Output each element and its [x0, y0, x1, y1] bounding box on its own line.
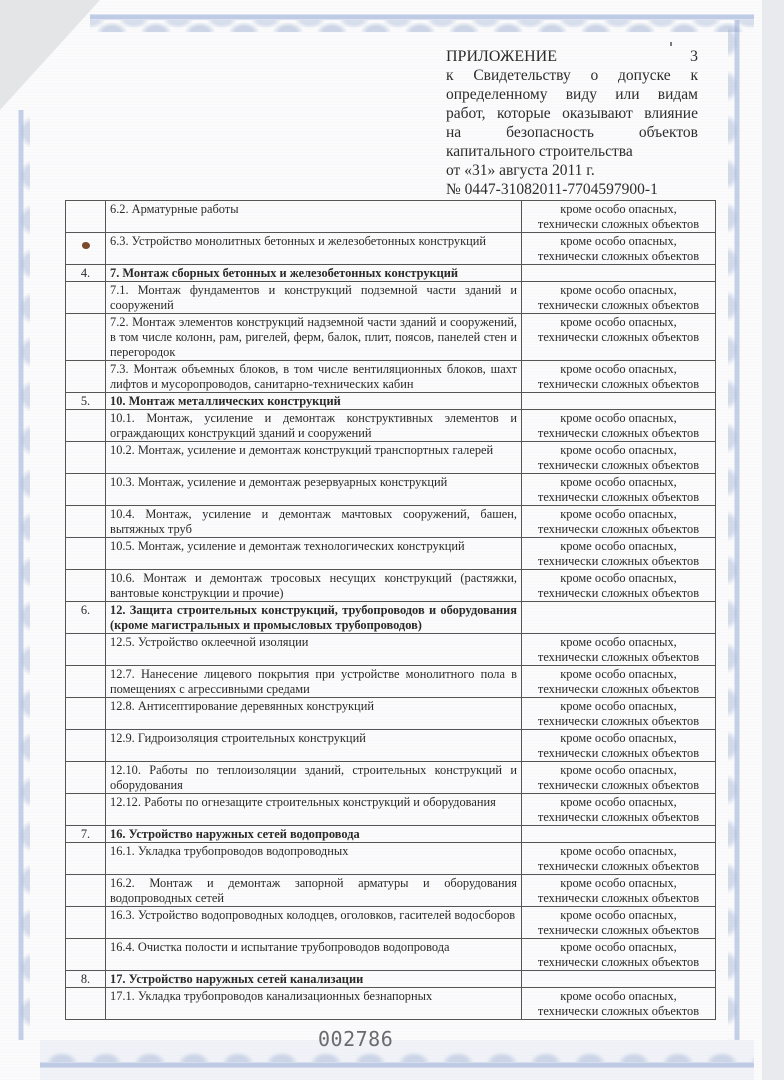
word: на	[446, 123, 461, 142]
row-number: 4.	[66, 265, 106, 282]
work-description: 16.3. Устройство водопроводных колодцев,…	[106, 907, 522, 939]
note-line-2: технически сложных объектов	[526, 522, 711, 537]
serial-number: 002786	[318, 1027, 393, 1051]
table-row: 16.4. Очистка полости и испытание трубоп…	[66, 939, 716, 971]
note-line-1: кроме особо опасных,	[526, 539, 711, 554]
restriction-note: кроме особо опасных,технически сложных о…	[522, 939, 716, 971]
restriction-note: кроме особо опасных,технически сложных о…	[522, 474, 716, 506]
table-row: 10.1. Монтаж, усиление и демонтаж констр…	[66, 410, 716, 442]
row-number: 8.	[66, 971, 106, 988]
table-row: 10.5. Монтаж, усиление и демонтаж технол…	[66, 538, 716, 570]
note-line-1: кроме особо опасных,	[526, 411, 711, 426]
guilloche-border-bottom	[40, 1040, 754, 1080]
row-number	[66, 634, 106, 666]
row-number	[66, 314, 106, 361]
note-line-2: технически сложных объектов	[526, 1004, 711, 1019]
row-number	[66, 410, 106, 442]
works-table: 6.2. Арматурные работыкроме особо опасны…	[65, 200, 716, 1020]
note-line-2: технически сложных объектов	[526, 249, 711, 264]
work-description: 12.7. Нанесение лицевого покрытия при ус…	[106, 666, 522, 698]
row-number	[66, 201, 106, 233]
table-row: 12.12. Работы по огнезащите строительных…	[66, 794, 716, 826]
work-description: 12.10. Работы по теплоизоляции зданий, с…	[106, 762, 522, 794]
section-title: 7. Монтаж сборных бетонных и железобетон…	[106, 265, 522, 282]
work-description: 7.1. Монтаж фундаментов и конструкций по…	[106, 282, 522, 314]
note-line-2: технически сложных объектов	[526, 650, 711, 665]
table-row: 6.2. Арматурные работыкроме особо опасны…	[66, 201, 716, 233]
section-row: 7.16. Устройство наружных сетей водопров…	[66, 826, 716, 843]
note-line-2: технически сложных объектов	[526, 554, 711, 569]
note-line-1: кроме особо опасных,	[526, 699, 711, 714]
restriction-note: кроме особо опасных,технически сложных о…	[522, 730, 716, 762]
restriction-note: кроме особо опасных,технически сложных о…	[522, 794, 716, 826]
note-line-1: кроме особо опасных,	[526, 876, 711, 891]
section-title: 17. Устройство наружных сетей канализаци…	[106, 971, 522, 988]
restriction-note: кроме особо опасных,технически сложных о…	[522, 875, 716, 907]
note-line-1: кроме особо опасных,	[526, 443, 711, 458]
work-description: 10.3. Монтаж, усиление и демонтаж резерв…	[106, 474, 522, 506]
certificate-number: № 0447-31082011-7704597900-1	[446, 180, 698, 199]
table-row: 12.8. Антисептирование деревянных констр…	[66, 698, 716, 730]
note-line-2: технически сложных объектов	[526, 682, 711, 697]
restriction-note	[522, 602, 716, 634]
note-line-1: кроме особо опасных,	[526, 844, 711, 859]
note-line-2: технически сложных объектов	[526, 330, 711, 345]
row-number	[66, 698, 106, 730]
row-number	[66, 988, 106, 1020]
row-number	[66, 474, 106, 506]
table-row: 10.4. Монтаж, усиление и демонтаж мачтов…	[66, 506, 716, 538]
note-line-1: кроме особо опасных,	[526, 362, 711, 377]
restriction-note: кроме особо опасных,технически сложных о…	[522, 538, 716, 570]
note-line-1: кроме особо опасных,	[526, 989, 711, 1004]
note-line-2: технически сложных объектов	[526, 859, 711, 874]
word: оказывают	[562, 104, 633, 123]
document-page: ПРИЛОЖЕНИЕ 3 к Свидетельству о допуске к…	[0, 0, 784, 1080]
note-line-1: кроме особо опасных,	[526, 667, 711, 682]
note-line-1: кроме особо опасных,	[526, 908, 711, 923]
table-row: 7.1. Монтаж фундаментов и конструкций по…	[66, 282, 716, 314]
page-number: 3	[690, 47, 698, 66]
note-line-2: технически сложных объектов	[526, 714, 711, 729]
ink-mark	[670, 42, 672, 46]
work-description: 16.2. Монтаж и демонтаж запорной арматур…	[106, 875, 522, 907]
note-line-1: кроме особо опасных,	[526, 795, 711, 810]
restriction-note: кроме особо опасных,технически сложных о…	[522, 762, 716, 794]
restriction-note: кроме особо опасных,технически сложных о…	[522, 410, 716, 442]
section-row: 4.7. Монтаж сборных бетонных и железобет…	[66, 265, 716, 282]
table-row: 12.5. Устройство оклеечной изоляциикроме…	[66, 634, 716, 666]
restriction-note	[522, 826, 716, 843]
appendix-header: ПРИЛОЖЕНИЕ 3 к Свидетельству о допуске к…	[446, 47, 698, 199]
work-description: 7.3. Монтаж объемных блоков, в том числе…	[106, 361, 522, 393]
work-description: 16.4. Очистка полости и испытание трубоп…	[106, 939, 522, 971]
word: допуске	[618, 66, 671, 85]
note-line-2: технически сложных объектов	[526, 458, 711, 473]
word: к	[446, 66, 454, 85]
word: которые	[497, 104, 551, 123]
row-number	[66, 843, 106, 875]
work-description: 12.5. Устройство оклеечной изоляции	[106, 634, 522, 666]
work-description: 7.2. Монтаж элементов конструкций надзем…	[106, 314, 522, 361]
folded-corner	[0, 0, 100, 110]
section-title: 16. Устройство наружных сетей водопровод…	[106, 826, 522, 843]
table-row: 10.2. Монтаж, усиление и демонтаж констр…	[66, 442, 716, 474]
restriction-note: кроме особо опасных,технически сложных о…	[522, 282, 716, 314]
row-number	[66, 730, 106, 762]
restriction-note: кроме особо опасных,технически сложных о…	[522, 506, 716, 538]
note-line-1: кроме особо опасных,	[526, 315, 711, 330]
note-line-1: кроме особо опасных,	[526, 571, 711, 586]
word: видам	[658, 85, 698, 104]
certificate-date: от «31» августа 2011 г.	[446, 161, 698, 180]
work-description: 10.6. Монтаж и демонтаж тросовых несущих…	[106, 570, 522, 602]
row-number	[66, 875, 106, 907]
work-description: 12.8. Антисептирование деревянных констр…	[106, 698, 522, 730]
appendix-line-5: капитального строительства	[446, 142, 698, 161]
section-title: 10. Монтаж металлических конструкций	[106, 393, 522, 410]
restriction-note: кроме особо опасных,технически сложных о…	[522, 634, 716, 666]
table-row: 7.3. Монтаж объемных блоков, в том числе…	[66, 361, 716, 393]
row-number: 7.	[66, 826, 106, 843]
stain-mark	[82, 242, 90, 249]
work-description: 17.1. Укладка трубопроводов канализацион…	[106, 988, 522, 1020]
restriction-note: кроме особо опасных,технически сложных о…	[522, 201, 716, 233]
table-row: 7.2. Монтаж элементов конструкций надзем…	[66, 314, 716, 361]
table-row: 16.2. Монтаж и демонтаж запорной арматур…	[66, 875, 716, 907]
word: Свидетельству	[473, 66, 570, 85]
row-number	[66, 907, 106, 939]
row-number	[66, 762, 106, 794]
restriction-note: кроме особо опасных,технически сложных о…	[522, 988, 716, 1020]
table-row: 10.6. Монтаж и демонтаж тросовых несущих…	[66, 570, 716, 602]
note-line-2: технически сложных объектов	[526, 377, 711, 392]
table-row: 12.7. Нанесение лицевого покрытия при ус…	[66, 666, 716, 698]
note-line-1: кроме особо опасных,	[526, 475, 711, 490]
word: работ,	[446, 104, 486, 123]
restriction-note: кроме особо опасных,технически сложных о…	[522, 442, 716, 474]
word: объектов	[639, 123, 698, 142]
section-title: 12. Защита строительных конструкций, тру…	[106, 602, 522, 634]
word: определенному	[446, 85, 547, 104]
appendix-line-1: к Свидетельству о допуске к	[446, 66, 698, 85]
restriction-note: кроме особо опасных,технически сложных о…	[522, 843, 716, 875]
table-row: 10.3. Монтаж, усиление и демонтаж резерв…	[66, 474, 716, 506]
note-line-1: кроме особо опасных,	[526, 731, 711, 746]
word: влияние	[644, 104, 698, 123]
work-description: 6.3. Устройство монолитных бетонных и же…	[106, 233, 522, 265]
word: виду	[566, 85, 597, 104]
guilloche-border-right	[714, 20, 758, 1040]
note-line-1: кроме особо опасных,	[526, 635, 711, 650]
note-line-1: кроме особо опасных,	[526, 234, 711, 249]
work-description: 6.2. Арматурные работы	[106, 201, 522, 233]
row-number	[66, 570, 106, 602]
restriction-note: кроме особо опасных,технически сложных о…	[522, 233, 716, 265]
section-row: 8.17. Устройство наружных сетей канализа…	[66, 971, 716, 988]
restriction-note	[522, 971, 716, 988]
section-row: 6.12. Защита строительных конструкций, т…	[66, 602, 716, 634]
note-line-2: технически сложных объектов	[526, 490, 711, 505]
note-line-1: кроме особо опасных,	[526, 283, 711, 298]
row-number	[66, 666, 106, 698]
note-line-2: технически сложных объектов	[526, 923, 711, 938]
table-row: 12.10. Работы по теплоизоляции зданий, с…	[66, 762, 716, 794]
table-row: 17.1. Укладка трубопроводов канализацион…	[66, 988, 716, 1020]
work-description: 12.9. Гидроизоляция строительных констру…	[106, 730, 522, 762]
work-description: 10.1. Монтаж, усиление и демонтаж констр…	[106, 410, 522, 442]
row-number	[66, 794, 106, 826]
work-description: 16.1. Укладка трубопроводов водопроводны…	[106, 843, 522, 875]
note-line-2: технически сложных объектов	[526, 778, 711, 793]
row-number	[66, 939, 106, 971]
guilloche-border-left	[0, 110, 44, 1040]
work-description: 10.2. Монтаж, усиление и демонтаж констр…	[106, 442, 522, 474]
restriction-note: кроме особо опасных,технически сложных о…	[522, 666, 716, 698]
appendix-line-3: работ, которые оказывают влияние	[446, 104, 698, 123]
table-row: 6.3. Устройство монолитных бетонных и же…	[66, 233, 716, 265]
restriction-note: кроме особо опасных,технически сложных о…	[522, 314, 716, 361]
note-line-2: технически сложных объектов	[526, 298, 711, 313]
row-number	[66, 506, 106, 538]
row-number	[66, 442, 106, 474]
appendix-line-2: определенному виду или видам	[446, 85, 698, 104]
row-number: 5.	[66, 393, 106, 410]
word: или	[615, 85, 639, 104]
restriction-note	[522, 265, 716, 282]
work-description: 10.5. Монтаж, усиление и демонтаж технол…	[106, 538, 522, 570]
note-line-1: кроме особо опасных,	[526, 763, 711, 778]
table-row: 16.1. Укладка трубопроводов водопроводны…	[66, 843, 716, 875]
restriction-note: кроме особо опасных,технически сложных о…	[522, 361, 716, 393]
word: о	[591, 66, 599, 85]
appendix-line-4: на безопасность объектов	[446, 123, 698, 142]
work-description: 12.12. Работы по огнезащите строительных…	[106, 794, 522, 826]
row-number	[66, 282, 106, 314]
restriction-note: кроме особо опасных,технически сложных о…	[522, 570, 716, 602]
word: безопасность	[506, 123, 594, 142]
note-line-1: кроме особо опасных,	[526, 507, 711, 522]
appendix-title-row: ПРИЛОЖЕНИЕ 3	[446, 47, 698, 66]
row-number	[66, 361, 106, 393]
note-line-2: технически сложных объектов	[526, 891, 711, 906]
guilloche-border-top	[90, 0, 754, 40]
word: к	[690, 66, 698, 85]
row-number	[66, 233, 106, 265]
appendix-title: ПРИЛОЖЕНИЕ	[446, 47, 557, 66]
restriction-note: кроме особо опасных,технически сложных о…	[522, 907, 716, 939]
note-line-2: технически сложных объектов	[526, 955, 711, 970]
note-line-2: технически сложных объектов	[526, 586, 711, 601]
restriction-note: кроме особо опасных,технически сложных о…	[522, 698, 716, 730]
note-line-1: кроме особо опасных,	[526, 940, 711, 955]
table-row: 16.3. Устройство водопроводных колодцев,…	[66, 907, 716, 939]
table-row: 12.9. Гидроизоляция строительных констру…	[66, 730, 716, 762]
note-line-2: технически сложных объектов	[526, 426, 711, 441]
work-description: 10.4. Монтаж, усиление и демонтаж мачтов…	[106, 506, 522, 538]
note-line-2: технически сложных объектов	[526, 746, 711, 761]
scan-edge	[762, 0, 784, 1080]
row-number: 6.	[66, 602, 106, 634]
note-line-2: технически сложных объектов	[526, 217, 711, 232]
restriction-note	[522, 393, 716, 410]
section-row: 5.10. Монтаж металлических конструкций	[66, 393, 716, 410]
note-line-2: технически сложных объектов	[526, 810, 711, 825]
note-line-1: кроме особо опасных,	[526, 202, 711, 217]
row-number	[66, 538, 106, 570]
